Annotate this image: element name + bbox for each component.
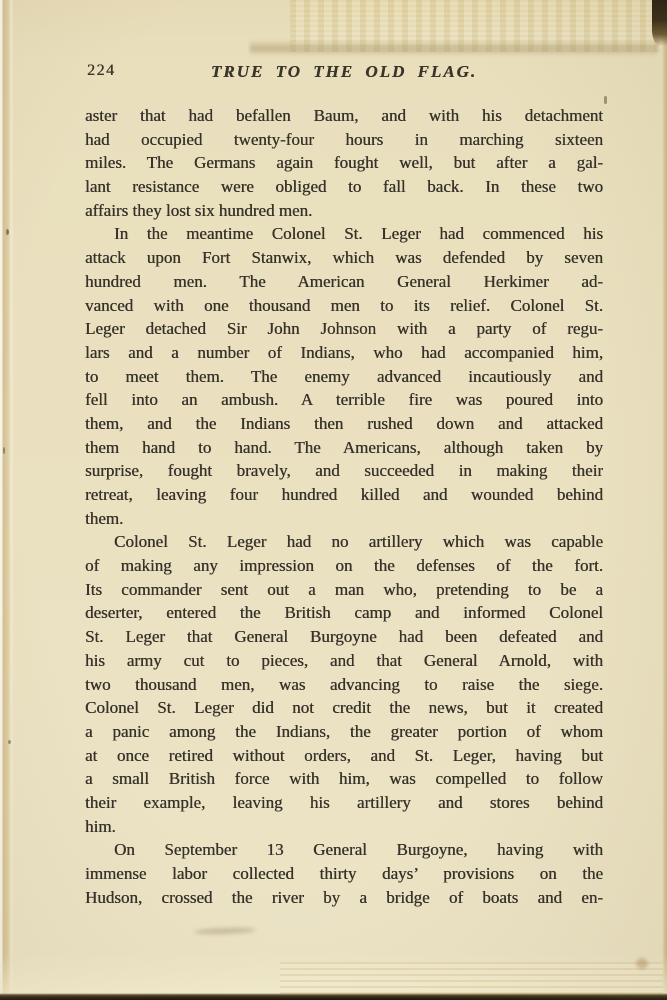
foxing-spot: [636, 958, 648, 969]
text-column: aster that had befallen Baum, and with h…: [85, 104, 603, 909]
bottom-dark-edge: [0, 993, 667, 1000]
ink-speck: [6, 229, 9, 235]
bottom-page-edge-striations: [280, 962, 663, 996]
text-line: fell into an ambush. A terrible fire was…: [85, 388, 603, 412]
text-line: Leger detached Sir John Johnson with a p…: [85, 317, 603, 341]
text-line: Colonel St. Leger did not credit the new…: [85, 696, 603, 720]
pencil-smudge: [194, 927, 256, 935]
text-line: lars and a number of Indians, who had ac…: [85, 341, 603, 365]
page-right-edge: [662, 0, 667, 1000]
text-line: aster that had befallen Baum, and with h…: [85, 104, 603, 128]
top-right-corner-shadow: [652, 0, 667, 46]
text-line: their example, leaving his artillery and…: [85, 791, 603, 815]
text-line: hundred men. The American General Herkim…: [85, 270, 603, 294]
text-line: In the meantime Colonel St. Leger had co…: [85, 222, 603, 246]
text-line: Its commander sent out a man who, preten…: [85, 578, 603, 602]
text-line: Colonel St. Leger had no artillery which…: [85, 530, 603, 554]
text-line: a panic among the Indians, the greater p…: [85, 720, 603, 744]
page-left-binding-edge: [0, 0, 14, 1000]
text-line: On September 13 General Burgoyne, having…: [85, 838, 603, 862]
text-line: had occupied twenty-four hours in marchi…: [85, 128, 603, 152]
text-line: to meet them. The enemy advanced incauti…: [85, 365, 603, 389]
text-line: Hudson, crossed the river by a bridge of…: [85, 886, 603, 910]
text-line: immense labor collected thirty days’ pro…: [85, 862, 603, 886]
running-header: TRUE TO THE OLD FLAG.: [85, 62, 603, 82]
text-line: his army cut to pieces, and that General…: [85, 649, 603, 673]
text-line: of making any impression on the defenses…: [85, 554, 603, 578]
text-line: lant resistance were obliged to fall bac…: [85, 175, 603, 199]
text-line: attack upon Fort Stanwix, which was defe…: [85, 246, 603, 270]
page-number: 224: [87, 62, 116, 80]
text-line: them, and the Indians then rushed down a…: [85, 412, 603, 436]
text-line: a small British force with him, was comp…: [85, 767, 603, 791]
text-line: at once retired without orders, and St. …: [85, 744, 603, 768]
text-line: vanced with one thousand men to its reli…: [85, 294, 603, 318]
text-line: him.: [85, 815, 603, 839]
text-line: affairs they lost six hundred men.: [85, 199, 603, 223]
ink-speck: [3, 447, 5, 454]
ink-speck: [8, 740, 11, 744]
text-line: miles. The Germans again fought well, bu…: [85, 151, 603, 175]
page-header: 224 TRUE TO THE OLD FLAG.: [85, 62, 603, 88]
text-line: deserter, entered the British camp and i…: [85, 601, 603, 625]
text-line: retreat, leaving four hundred killed and…: [85, 483, 603, 507]
top-shadow: [250, 40, 657, 56]
text-line: them hand to hand. The Americans, althou…: [85, 436, 603, 460]
text-line: surprise, fought bravely, and succeeded …: [85, 459, 603, 483]
text-line: them.: [85, 507, 603, 531]
book-page-scan: 224 TRUE TO THE OLD FLAG. aster that had…: [0, 0, 667, 1000]
ink-speck: [604, 96, 607, 104]
text-line: two thousand men, was advancing to raise…: [85, 673, 603, 697]
text-line: St. Leger that General Burgoyne had been…: [85, 625, 603, 649]
